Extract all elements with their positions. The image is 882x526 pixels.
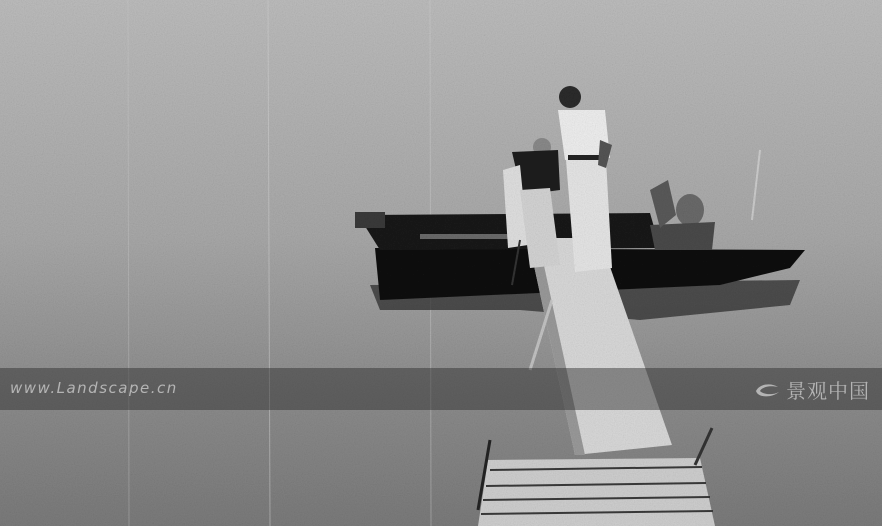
photograph (0, 0, 882, 526)
watermark-brand-text: 景观中国 (786, 375, 870, 404)
photo-frame: www.Landscape.cn 景观中国 (0, 0, 882, 526)
watermark-url: www.Landscape.cn (10, 379, 178, 397)
swoosh-logo-icon (752, 381, 782, 399)
watermark-brand: 景观中国 (752, 375, 870, 404)
